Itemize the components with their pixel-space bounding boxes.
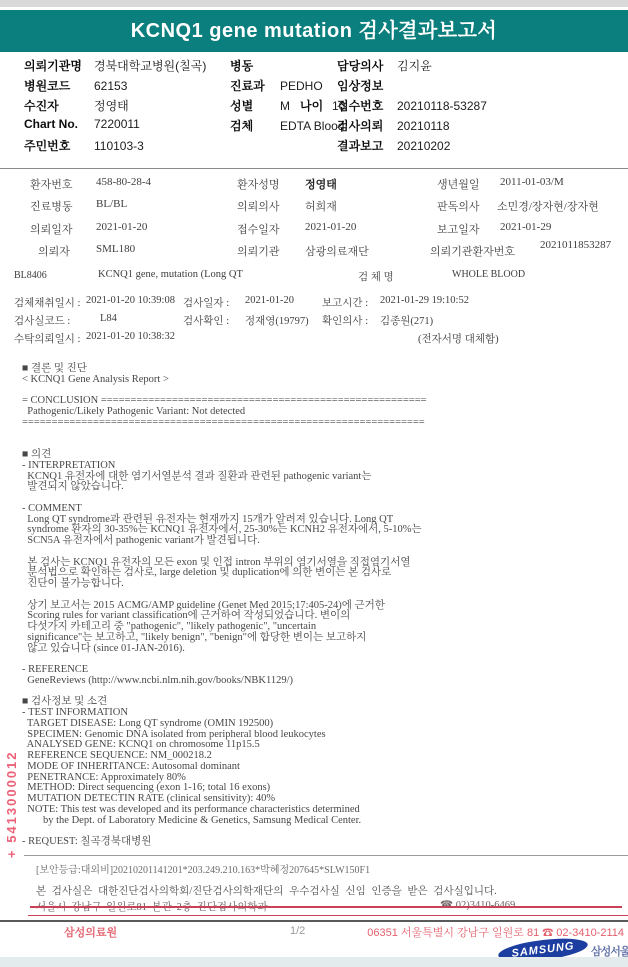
field-label: 임상정보 [337,77,397,94]
specimen-name-label: 검 체 명 [358,269,394,284]
consign-datetime-label: 수탁의뢰일시 : [14,331,80,346]
field-test-request-date: 검사의뢰 20210118 [337,117,625,137]
birthdate-label: 생년월일 [437,176,480,192]
test-date-value: 2021-01-20 [245,295,294,306]
field-label: 담당의사 [337,57,397,74]
collect-datetime-label: 검체채취일시 : [14,295,80,310]
hospital-address: 06351 서울특별시 강남구 일원로 81 ☎ 02-3410-2114 [367,924,624,940]
footer-divider-dark [0,920,628,922]
field-clinical-info: 임상정보 [337,77,625,97]
report-date-label: 보고일자 [437,221,480,237]
field-label: 의뢰기관명 [24,57,94,74]
field-value: 김지윤 [397,57,432,74]
field-result-report-date: 결과보고 20210202 [337,137,625,157]
ref-org-patient-no-value: 2021011853287 [540,240,620,251]
field-label: 검사의뢰 [337,117,397,134]
specimen-name-value: WHOLE BLOOD [452,269,525,280]
lab-code-value: L84 [100,313,117,324]
field-label: 검체 [230,117,280,134]
accreditation-line: 본 검사실은 대한진단검사의학회/진단검사의학재단의 우수검사실 신임 인증을 … [36,883,497,898]
confirm-doctor-label: 확인의사 : [322,313,368,328]
security-level-line: [보안등급:대외비]20210201141201*203.249.210.163… [36,861,370,876]
report-title: KCNQ1 gene mutation 검사결과보고서 [0,10,628,52]
receipt-date-label: 접수일자 [237,221,280,237]
patient-no-label: 환자번호 [30,176,73,192]
field-value: PEDHO [280,79,323,93]
requester-label: 의뢰자 [38,243,70,259]
reading-doctor-label: 판독의사 [437,198,480,214]
report-time-label: 보고시간 : [322,295,368,310]
field-value: 경북대학교병원(칠곡) [94,57,206,74]
birthdate-value: 2011-01-03/M [500,176,564,188]
field-value: M [280,99,290,113]
page-indicator: 1/2 [290,925,305,937]
specimen-barcode-number: + 5413000012 [4,673,19,858]
field-label: 병원코드 [24,77,94,94]
field-value: 20210118 [397,119,450,133]
field-label: 결과보고 [337,137,397,154]
consign-datetime-value: 2021-01-20 10:38:32 [86,331,175,342]
request-date-label: 의뢰일자 [30,221,73,237]
confirm-doctor-value: 김종원(271) [380,313,433,328]
request-date-value: 2021-01-20 [96,221,147,233]
field-attending-doctor: 담당의사 김지윤 [337,57,625,77]
field-value: EDTA Blood [280,119,344,133]
ref-org-value: 삼광의료재단 [305,243,369,259]
field-value: 7220011 [94,117,140,131]
test-confirm-label: 검사확인 : [183,313,229,328]
report-page: KCNQ1 gene mutation 검사결과보고서 의뢰기관명 경북대학교병… [0,0,628,967]
field-label: 성별 [230,97,280,114]
field-receipt-no: 접수번호 20210118-53287 [337,97,625,117]
collect-datetime-value: 2021-01-20 10:39:08 [86,295,175,306]
field-label: 진료과 [230,77,280,94]
bottom-strip [0,957,628,967]
e-signature-note: (전자서명 대체함) [418,331,499,346]
field-value: 62153 [94,79,127,93]
ref-org-label: 의뢰기관 [237,243,280,259]
lab-code-label: 검사실코드 : [14,313,70,328]
test-confirm-value: 정재영(19797) [245,313,309,328]
ref-doctor-label: 의뢰의사 [237,198,280,214]
patient-no-value: 458-80-28-4 [96,176,151,188]
requester-value: SML180 [96,243,135,255]
field-label-age: 나이 [300,97,332,114]
org-info-col1: 의뢰기관명 경북대학교병원(칠곡) 병원코드 62153 수진자 정영태 Cha… [24,57,232,157]
field-value: 20210202 [397,139,450,153]
field-hospital-code: 병원코드 62153 [24,77,232,97]
report-date-value: 2021-01-29 [500,221,551,233]
patient-name-label: 환자성명 [237,176,280,192]
field-requesting-org: 의뢰기관명 경북대학교병원(칠곡) [24,57,232,77]
field-value: 정영태 [94,97,129,114]
field-value: 110103-3 [94,139,144,153]
field-examinee: 수진자 정영태 [24,97,232,117]
field-resident-no: 주민번호 110103-3 [24,137,232,157]
field-value: 20210118-53287 [397,99,487,113]
section-divider [0,168,628,169]
patient-name-value: 정영태 [305,176,337,192]
field-label: 병동 [230,57,280,74]
report-time-value: 2021-01-29 19:10:52 [380,295,469,306]
receipt-date-value: 2021-01-20 [305,221,356,233]
field-label: 수진자 [24,97,94,114]
care-ward-value: BL/BL [96,198,127,210]
test-code: BL8406 [14,270,47,281]
report-body-text: ■ 결론 및 진단 < KCNQ1 Gene Analysis Report >… [22,364,427,848]
lab-phone: ☎ 02)3410-6469 [440,899,515,911]
ref-org-patient-no-label: 의뢰기관환자번호 [430,243,515,259]
field-label: Chart No. [24,117,94,131]
top-strip [0,0,628,7]
red-underline [28,915,628,916]
test-date-label: 검사일자 : [183,295,229,310]
org-info-col3: 담당의사 김지윤 임상정보 접수번호 20210118-53287 검사의뢰 2… [337,57,625,157]
medical-center-name: 삼성의료원 [64,924,117,940]
care-ward-label: 진료병동 [30,198,73,214]
red-strikethrough-line [30,906,622,908]
field-label: 주민번호 [24,137,94,154]
ref-doctor-value: 허희재 [305,198,337,214]
field-label: 접수번호 [337,97,397,114]
report-title-banner: KCNQ1 gene mutation 검사결과보고서 [0,10,628,52]
reading-doctor-value: 소민경/장자현/장자현 [497,198,599,214]
footer-divider-gray [24,855,628,856]
test-name: KCNQ1 gene, mutation (Long QT [98,269,243,280]
field-chart-no: Chart No. 7220011 [24,117,232,137]
